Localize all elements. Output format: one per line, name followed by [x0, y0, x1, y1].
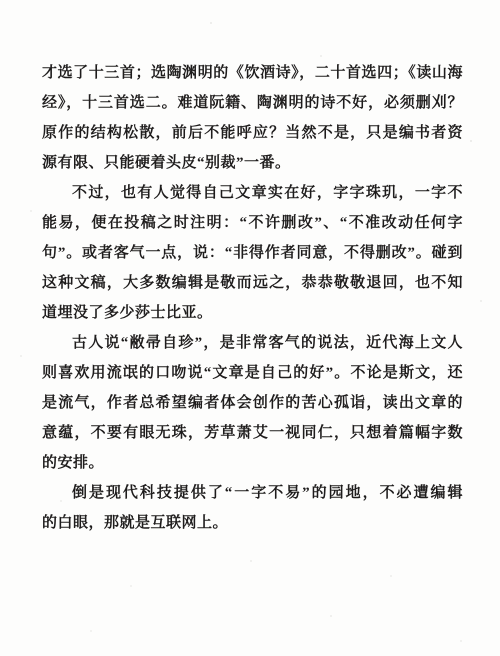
text-line: 倒是现代科技提供了“一字不易”的园地，不必遭编辑 [42, 478, 463, 508]
text-line: 源有限、只能硬着头皮“别裁”一番。 [42, 148, 463, 178]
text-line: 则喜欢用流氓的口吻说“文章是自己的好”。不论是斯文，还 [42, 358, 463, 388]
text-line: 能易，便在投稿之时注明：“不许删改”、“不准改动任何字 [42, 208, 463, 238]
text-line: 经》，十三首选二。难道阮籍、陶渊明的诗不好，必须删刈？ [42, 88, 463, 118]
text-line: 道埋没了多少莎士比亚。 [42, 298, 463, 328]
text-line: 的白眼，那就是互联网上。 [42, 508, 463, 538]
text-line: 原作的结构松散，前后不能呼应？当然不是，只是编书者资 [42, 118, 463, 148]
text-line: 才选了十三首；选陶渊明的《饮酒诗》，二十首选四；《读山海 [42, 58, 463, 88]
text-line: 这种文稿，大多数编辑是敬而远之，恭恭敬敬退回，也不知 [42, 268, 463, 298]
text-line: 不过，也有人觉得自己文章实在好，字字珠玑，一字不 [42, 178, 463, 208]
text-line: 古人说“敝帚自珍”，是非常客气的说法，近代海上文人 [42, 328, 463, 358]
scan-noise-speckles [0, 0, 2, 2]
text-line: 是流气，作者总希望编者体会创作的苦心孤诣，读出文章的 [42, 388, 463, 418]
body-text-block: 才选了十三首；选陶渊明的《饮酒诗》，二十首选四；《读山海 经》，十三首选二。难道… [42, 58, 463, 538]
scanned-book-page: 才选了十三首；选陶渊明的《饮酒诗》，二十首选四；《读山海 经》，十三首选二。难道… [0, 0, 500, 656]
text-line: 句”。或者客气一点，说：“非得作者同意，不得删改”。碰到 [42, 238, 463, 268]
text-line: 意蕴，不要有眼无珠，芳草萧艾一视同仁，只想着篇幅字数 [42, 418, 463, 448]
text-line: 的安排。 [42, 448, 463, 478]
